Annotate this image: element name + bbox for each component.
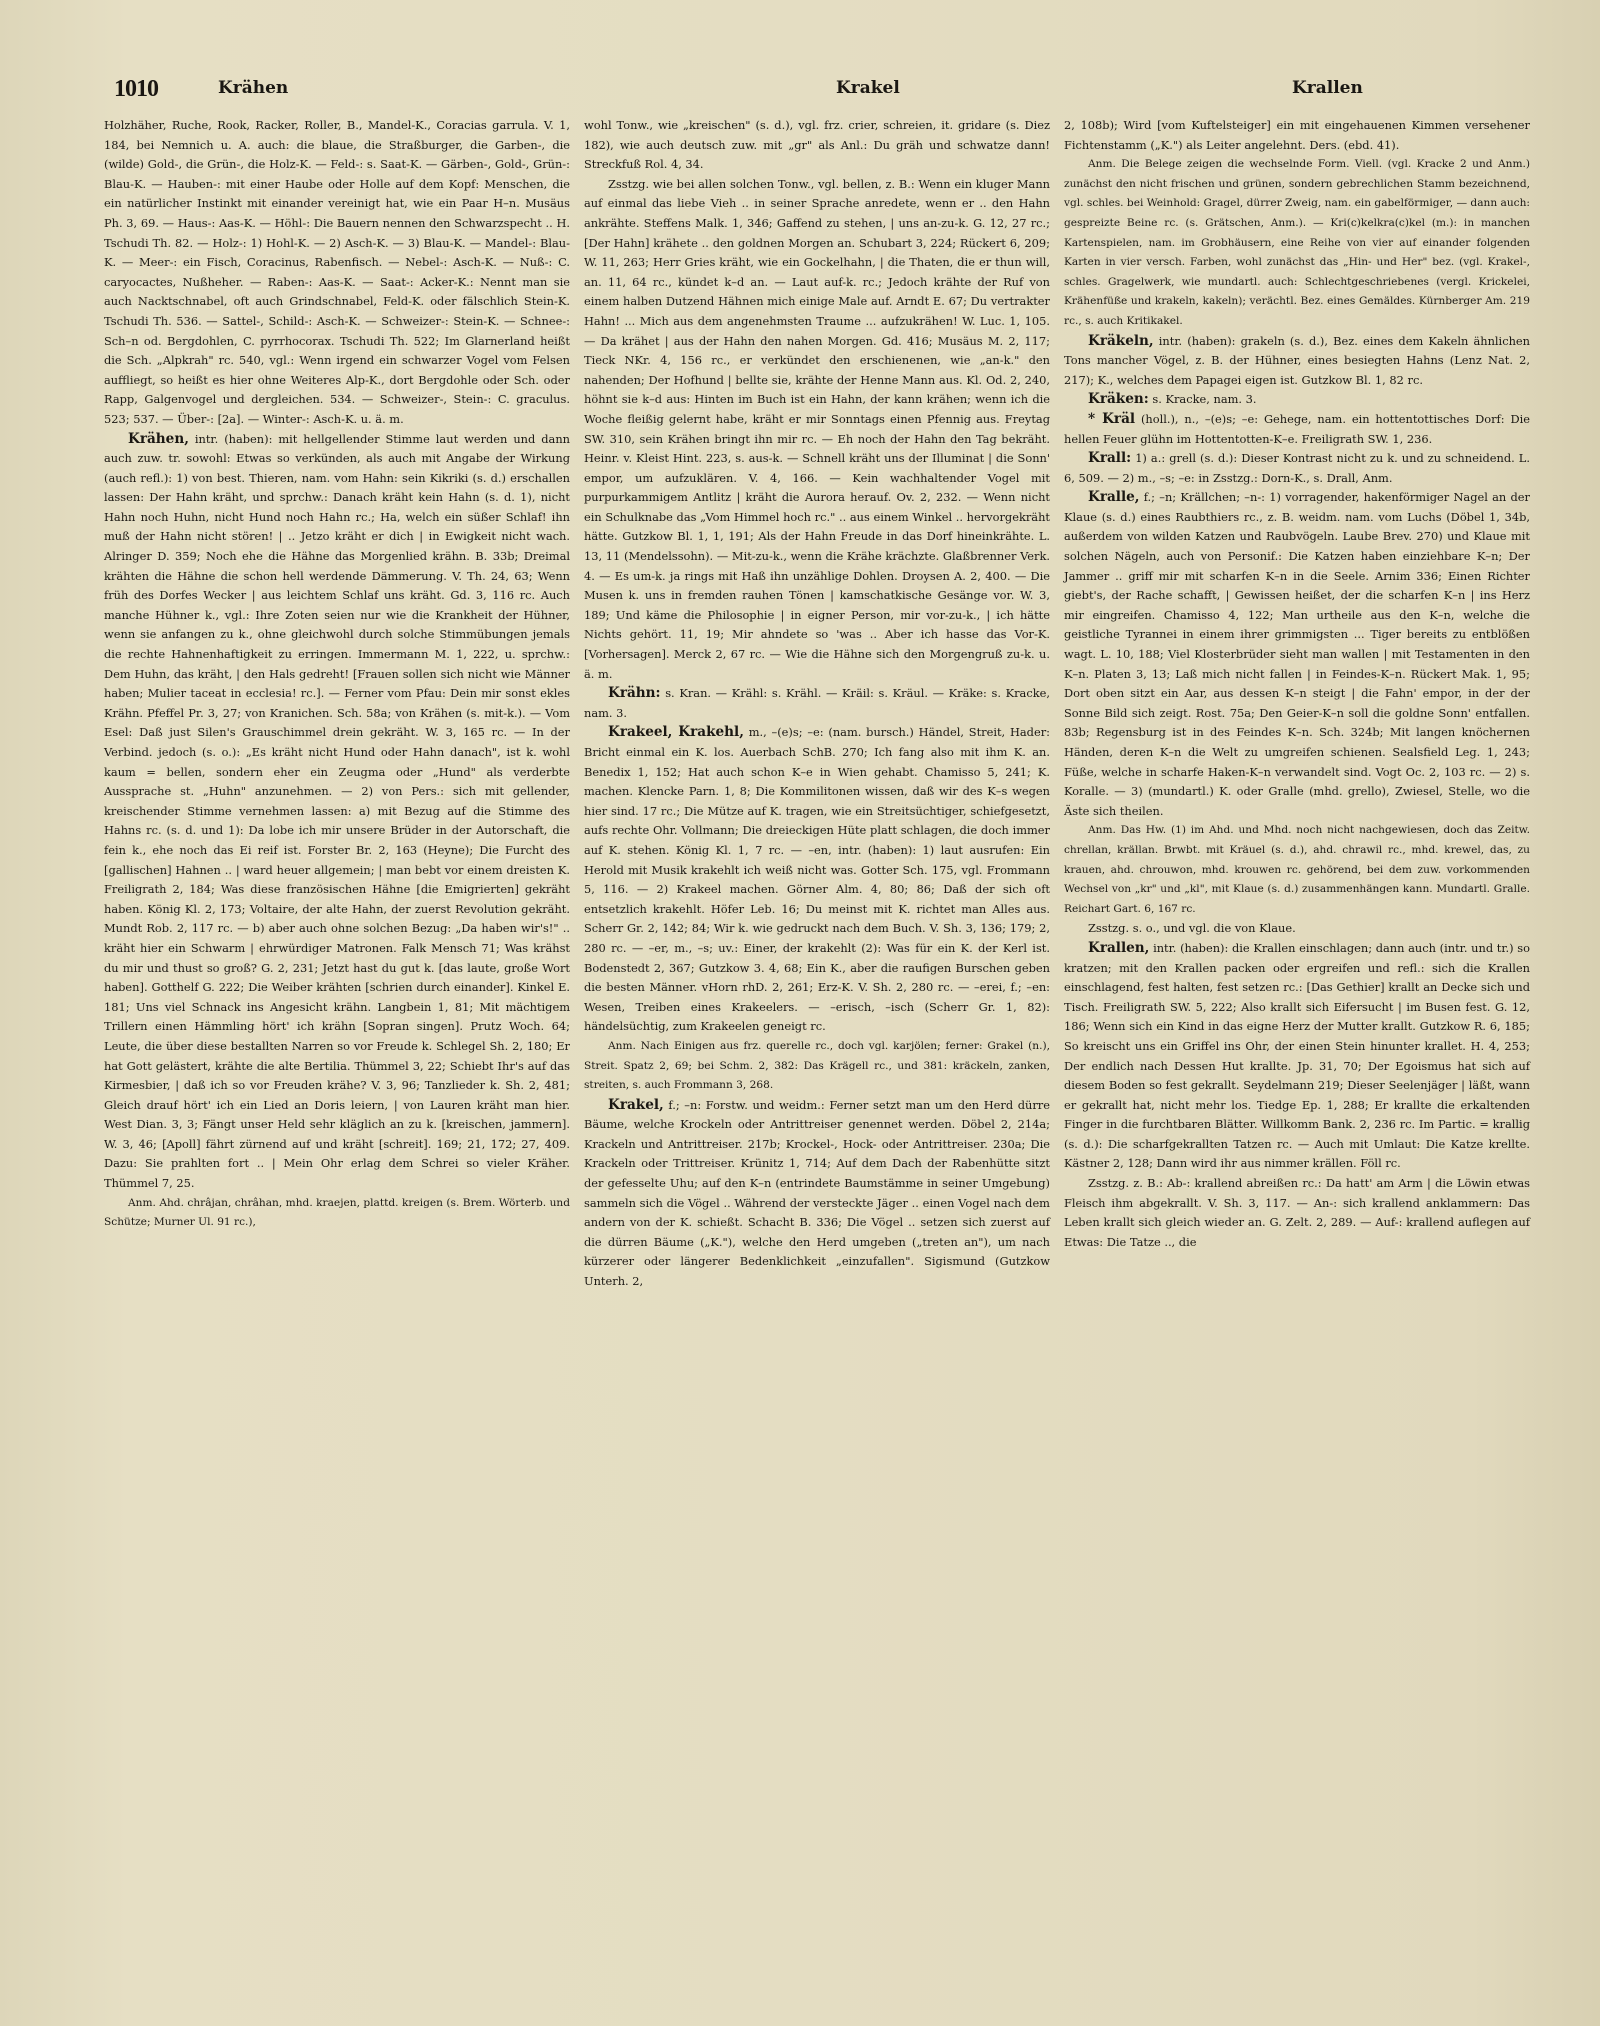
dictionary-entry: Zsstzg. s. o., und vgl. die von Klaue.	[1064, 919, 1530, 939]
entry-text: Anm. Die Belege zeigen die wechselnde Fo…	[1064, 158, 1530, 327]
entry-text: 2, 108b); Wird [vom Kuftelsteiger] ein m…	[1064, 118, 1530, 152]
entry-text: Holzhäher, Ruche, Rook, Racker, Roller, …	[104, 118, 570, 426]
entry-headword: Krall:	[1088, 450, 1131, 466]
entry-headword: Kralle,	[1088, 489, 1140, 505]
entry-text: Anm. Das Hw. (1) im Ahd. und Mhd. noch n…	[1064, 824, 1530, 914]
continued-text: 2, 108b); Wird [vom Kuftelsteiger] ein m…	[1064, 116, 1530, 155]
etymology-note: Anm. Nach Einigen aus frz. querelle rc.,…	[584, 1037, 1050, 1096]
column-2: wohl Tonw., wie „kreischen" (s. d.), vgl…	[584, 116, 1050, 1292]
running-head-center: Krakel	[836, 78, 900, 98]
dictionary-entry: Krähen, intr. (haben): mit hellgellender…	[104, 430, 570, 1194]
entry-text: m., –(e)s; –e: (nam. bursch.) Händel, St…	[584, 725, 1050, 1033]
page-number: 1010	[114, 76, 158, 103]
entry-text: Anm. Ahd. chrâjan, chrâhan, mhd. kraejen…	[104, 1197, 570, 1229]
entry-text: f.; –n: Forstw. und weidm.: Ferner setzt…	[584, 1098, 1050, 1288]
dictionary-page: 1010 Krähen Krakel Krallen Holzhäher, Ru…	[0, 0, 1600, 2026]
dictionary-entry: Krähn: s. Kran. — Krähl: s. Krähl. — Krä…	[584, 684, 1050, 723]
entry-text: wohl Tonw., wie „kreischen" (s. d.), vgl…	[584, 118, 1050, 171]
column-1: Holzhäher, Ruche, Rook, Racker, Roller, …	[104, 116, 570, 1233]
entry-text: intr. (haben): die Krallen einschlagen; …	[1064, 941, 1530, 1171]
entry-headword: Krakel,	[608, 1097, 664, 1113]
running-head-left: Krähen	[218, 78, 288, 98]
dictionary-entry: Kräkeln, intr. (haben): grakeln (s. d.),…	[1064, 332, 1530, 391]
dictionary-entry: Krakel, f.; –n: Forstw. und weidm.: Fern…	[584, 1096, 1050, 1292]
running-head-right: Krallen	[1292, 78, 1363, 98]
etymology-note: Anm. Das Hw. (1) im Ahd. und Mhd. noch n…	[1064, 821, 1530, 919]
entry-text: intr. (haben): mit hellgellender Stimme …	[104, 432, 570, 1191]
entry-text: f.; –n; Krällchen; –n-: 1) vorragender, …	[1064, 490, 1530, 818]
entry-headword: * Kräl	[1088, 411, 1135, 427]
entry-headword: Kräken:	[1088, 391, 1149, 407]
entry-text: Zsstzg. z. B.: Ab-: krallend abreißen rc…	[1064, 1176, 1530, 1249]
entry-text: Zsstzg. wie bei allen solchen Tonw., vgl…	[584, 177, 1050, 681]
entry-headword: Krähn:	[608, 685, 661, 701]
dictionary-entry: Krall: 1) a.: grell (s. d.): Dieser Kont…	[1064, 449, 1530, 488]
dictionary-entry: Zsstzg. wie bei allen solchen Tonw., vgl…	[584, 175, 1050, 684]
dictionary-entry: Zsstzg. z. B.: Ab-: krallend abreißen rc…	[1064, 1174, 1530, 1252]
dictionary-entry: * Kräl (holl.), n., –(e)s; –e: Gehege, n…	[1064, 410, 1530, 449]
dictionary-entry: Krallen, intr. (haben): die Krallen eins…	[1064, 939, 1530, 1174]
page-header: 1010 Krähen Krakel Krallen	[114, 76, 1364, 106]
dictionary-entry: Krakeel, Krakehl, m., –(e)s; –e: (nam. b…	[584, 723, 1050, 1037]
entry-headword: Krähen,	[128, 431, 189, 447]
continued-text: wohl Tonw., wie „kreischen" (s. d.), vgl…	[584, 116, 1050, 175]
dictionary-entry: Kralle, f.; –n; Krällchen; –n-: 1) vorra…	[1064, 488, 1530, 821]
etymology-note: Anm. Ahd. chrâjan, chrâhan, mhd. kraejen…	[104, 1194, 570, 1233]
entry-text: s. Kracke, nam. 3.	[1149, 392, 1257, 406]
entry-headword: Krakeel, Krakehl,	[608, 724, 744, 740]
dictionary-entry: Kräken: s. Kracke, nam. 3.	[1064, 390, 1530, 410]
entry-text: Zsstzg. s. o., und vgl. die von Klaue.	[1088, 921, 1296, 935]
entry-text: Anm. Nach Einigen aus frz. querelle rc.,…	[584, 1040, 1050, 1091]
column-3: 2, 108b); Wird [vom Kuftelsteiger] ein m…	[1064, 116, 1530, 1252]
continued-text: Holzhäher, Ruche, Rook, Racker, Roller, …	[104, 116, 570, 430]
etymology-note: Anm. Die Belege zeigen die wechselnde Fo…	[1064, 155, 1530, 331]
entry-headword: Krallen,	[1088, 940, 1149, 956]
entry-text: 1) a.: grell (s. d.): Dieser Kontrast ni…	[1064, 451, 1530, 485]
entry-headword: Kräkeln,	[1088, 333, 1154, 349]
